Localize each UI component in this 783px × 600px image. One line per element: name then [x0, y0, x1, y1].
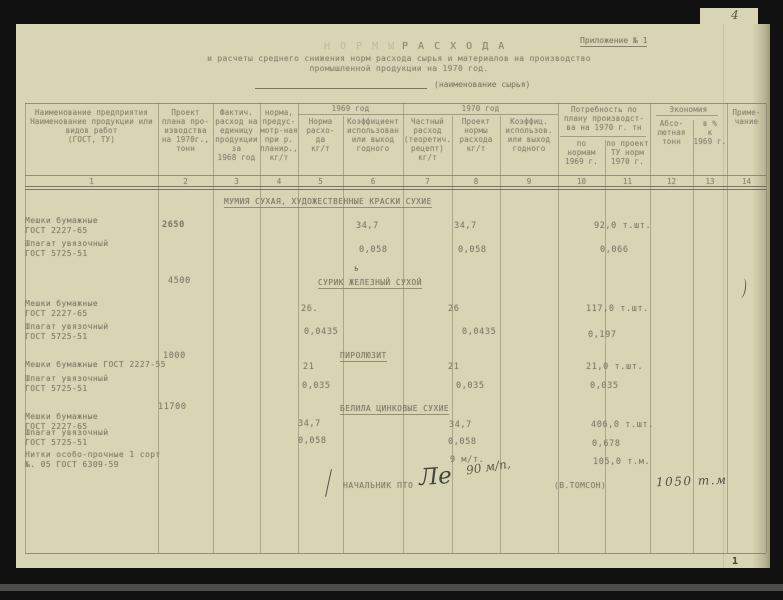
- col-number: 10: [558, 177, 605, 186]
- col-number: 5: [298, 177, 343, 186]
- page-number-bottom: 1: [732, 556, 738, 567]
- section-title: МУМИЯ СУХАЯ, ХУДОЖЕСТВЕННЫЕ КРАСКИ СУХИЕ: [224, 197, 432, 208]
- blank-fill-line: [255, 88, 427, 89]
- signature-role: НАЧАЛЬНИК ПТО: [343, 481, 413, 490]
- col-number: 6: [343, 177, 403, 186]
- norm-1970: 0,0435: [462, 327, 496, 337]
- next-page-notch: [700, 8, 758, 25]
- header-bottom-rule: [25, 175, 766, 176]
- col-number: 2: [158, 177, 213, 186]
- handwritten-signature: Ле: [418, 463, 453, 491]
- col-number: 4: [260, 177, 298, 186]
- header-norm-1969: Норма расхо- да кг/т: [298, 117, 343, 153]
- col-border: [298, 103, 299, 553]
- handwritten-mark: ь: [354, 264, 358, 273]
- plan-tonnes: 2650: [162, 220, 185, 230]
- header-name: Наименование предприятия Наименование пр…: [25, 108, 158, 144]
- header-coeff-1969: Коэффициент использован или выход годног…: [343, 117, 403, 153]
- header-plan: Проект плана про- изводства на 1970г., т…: [158, 108, 213, 153]
- norm-1969: 0,035: [302, 381, 331, 391]
- norm-1969: 0,0435: [304, 327, 338, 337]
- need-1969: 117,0 т.шт.: [586, 304, 649, 314]
- signature-name: (В.ТОМСОН): [554, 481, 606, 490]
- header-group-1970: 1970 год: [403, 104, 558, 113]
- norm-1969: 34,7: [298, 419, 321, 429]
- need-1969: 105,0 т.м.: [593, 457, 650, 467]
- col-border: [213, 103, 214, 553]
- document-subtitle: и расчеты среднего снижения норм расхода…: [161, 54, 637, 74]
- appendix-label: Приложение № 1: [580, 36, 647, 47]
- photo-bottom-strip: [0, 584, 783, 591]
- material-name: Шпагат увязочный ГОСТ 5725-51: [25, 322, 108, 342]
- col-number: 1: [25, 177, 158, 186]
- norm-1969: 34,7: [356, 221, 379, 231]
- need-1969: 92,0 т.шт.: [594, 221, 651, 231]
- norm-1969: 26.: [301, 304, 318, 314]
- need-1969: 0,035: [590, 381, 619, 391]
- header-note: Приме- чание: [727, 108, 766, 126]
- header-partial-expense: Частный расход (теоретич. рецепт) кг/т: [403, 117, 452, 162]
- material-name: Нитки особо-прочные 1 сорт №. 05 ГОСТ 63…: [25, 450, 161, 470]
- table-bottom-rule: [25, 553, 766, 554]
- double-rule-2: [25, 189, 766, 190]
- col-number: 12: [650, 177, 693, 186]
- blank-caption: (наименование сырья): [434, 80, 530, 89]
- need-1969: 0,678: [592, 439, 621, 449]
- need-1969: 21,0 т.шт.: [586, 362, 643, 372]
- norm-1970: 21: [448, 362, 459, 372]
- col-number: 3: [213, 177, 260, 186]
- norm-1970: 0,058: [458, 245, 487, 255]
- col-number: 13: [693, 177, 727, 186]
- double-rule-1: [25, 186, 766, 187]
- plan-tonnes: 11700: [158, 402, 187, 412]
- norm-1970: 0,035: [456, 381, 485, 391]
- econ-group-underline: [656, 115, 718, 116]
- norm-1970: 0,058: [448, 437, 477, 447]
- plan-tonnes: 1000: [163, 351, 186, 361]
- need-1969: 0,197: [588, 330, 617, 340]
- col-number: 9: [500, 177, 558, 186]
- handwritten-page-number-top: 4: [731, 8, 739, 22]
- norm-1970: 26: [448, 304, 459, 314]
- handwritten-check-mark: [737, 278, 748, 299]
- header-norm-planned: норма, предус- мотр-ная при р. планир., …: [260, 108, 298, 162]
- col-border: [650, 103, 651, 553]
- plan-tonnes: 4500: [168, 276, 191, 286]
- document-title-word1: Н О Р М Ы: [324, 41, 396, 52]
- col-border: [766, 103, 767, 553]
- material-name: Мешки бумажные ГОСТ 2227-65: [25, 299, 98, 319]
- header-econ-pct: в % к 1969 г.: [693, 119, 727, 146]
- header-need-1970: по проект ТУ норм 1970 г.: [605, 139, 650, 166]
- norm-1970: 34,7: [454, 221, 477, 231]
- material-name: Шпагат увязочный ГОСТ 5725-51: [25, 374, 108, 394]
- need-1969: 406,0 т.шт.: [591, 420, 654, 430]
- scanned-document-photo: 4 Приложение № 1 Н О Р М Ы Р А С Х О Д А…: [0, 0, 783, 600]
- year-groups-rule: [298, 114, 558, 115]
- col-border: [260, 103, 261, 553]
- header-norm-1970: Проект нормы расхода кг/т: [452, 117, 500, 153]
- header-group-economy: Экономия: [650, 105, 727, 114]
- col-border: [158, 103, 159, 553]
- norm-1969: 0,058: [359, 245, 388, 255]
- header-group-need: Потребность по плану производст- ва на 1…: [558, 105, 650, 132]
- header-coeff-1970: Коэффиц. использов. или выход годного: [500, 117, 558, 153]
- col-number: 11: [605, 177, 650, 186]
- paper-right-edge-shadow: [752, 24, 770, 568]
- col-number: 14: [727, 177, 766, 186]
- col-number: 7: [403, 177, 452, 186]
- handwritten-total: 1050 т.м: [656, 473, 728, 489]
- section-title: ПИРОЛЮЗИТ: [340, 351, 387, 362]
- norm-1970: 34,7: [449, 420, 472, 430]
- material-name: Мешки бумажные ГОСТ 2227-55: [25, 360, 166, 370]
- handwritten-slash: [325, 469, 332, 497]
- norm-1969: 21: [303, 362, 314, 372]
- material-name: Мешки бумажные ГОСТ 2227-65: [25, 216, 98, 236]
- col-number: 8: [452, 177, 500, 186]
- need-1969: 0,066: [600, 245, 629, 255]
- header-group-1969: 1969 год: [298, 104, 403, 113]
- header-actual-1968: Фактич. расход на единицу продукции за 1…: [213, 108, 260, 162]
- material-name: Шпагат увязочный ГОСТ 5725-51: [25, 239, 108, 259]
- header-need-1969: по нормам 1969 г.: [558, 139, 605, 166]
- need-group-underline: [560, 136, 646, 137]
- header-econ-abs: Абсо- лютная тонн: [650, 119, 693, 146]
- col-border: [605, 140, 606, 553]
- document-page: Приложение № 1 Н О Р М Ы Р А С Х О Д А и…: [16, 24, 770, 568]
- norm-1969: 0,058: [298, 436, 327, 446]
- section-title: БЕЛИЛА ЦИНКОВЫЕ СУХИЕ: [340, 404, 449, 415]
- material-name: Шпагат увязочный ГОСТ 5725-51: [25, 428, 108, 448]
- section-title: СУРИК ЖЕЛЕЗНЫЙ СУХОЙ: [318, 278, 422, 289]
- document-title-word2: Р А С Х О Д А: [402, 41, 506, 52]
